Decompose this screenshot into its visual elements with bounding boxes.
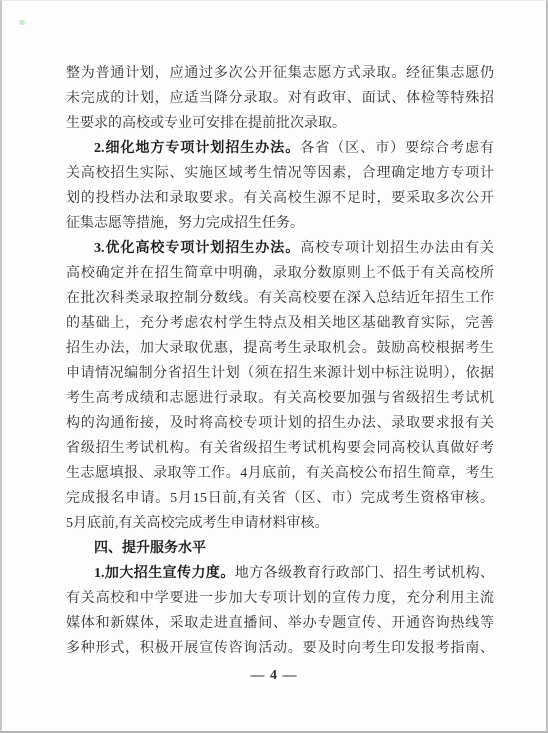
doc-line: 生志愿填报、录取等工作。4月底前，有关高校公布招生简章，考生 <box>66 461 494 486</box>
doc-line: 生要求的高校或专业可安排在提前批次录取。 <box>66 111 494 136</box>
doc-line: 划的投档办法和录取要求。有关高校生源不足时，要采取多次公开 <box>66 186 494 211</box>
doc-line: 未完成的计划，应适当降分录取。对有政审、面试、体检等特殊招 <box>66 86 494 111</box>
line-text: 有关高校和中学要进一步加大专项计划的宣传力度，充分利用主流 <box>66 591 494 606</box>
doc-line: 考生高考成绩和志愿进行录取。有关高校要加强与省级招生考试机 <box>66 386 494 411</box>
line-text: 整为普通计划，应通过多次公开征集志愿方式录取。经征集志愿仍 <box>66 66 494 81</box>
doc-line: 完成报名申请。5月15日前,有关省（区、市）完成考生资格审核。 <box>66 486 494 511</box>
section-heading-text: 四、提升服务水平 <box>94 541 206 556</box>
line-text: 地方各级教育行政部门、招生考试机构、 <box>235 566 494 581</box>
line-text: 完成报名申请。5月15日前,有关省（区、市）完成考生资格审核。 <box>66 491 494 506</box>
run-in-heading: 2.细化地方专项计划招生办法。 <box>94 141 300 156</box>
line-text: 生志愿填报、录取等工作。4月底前，有关高校公布招生简章，考生 <box>66 466 494 481</box>
doc-line: 申请情况编制分省招生计划（须在招生来源计划中标注说明），依据 <box>66 361 494 386</box>
doc-line-numbered-item-1: 1.加大招生宣传力度。地方各级教育行政部门、招生考试机构、 <box>66 561 494 586</box>
line-text: 关高校招生实际、实施区域考生情况等因素，合理确定地方专项计 <box>66 166 494 181</box>
green-dot-artifact <box>19 20 25 25</box>
line-text: 考生高考成绩和志愿进行录取。有关高校要加强与省级招生考试机 <box>66 391 494 406</box>
doc-line: 招生办法，加大录取优惠，提高考生录取机会。鼓励高校根据考生 <box>66 336 494 361</box>
line-text: 的基础上，充分考虑农村学生特点及相关地区基础教育实际，完善 <box>66 316 494 331</box>
line-text: 划的投档办法和录取要求。有关高校生源不足时，要采取多次公开 <box>66 191 494 206</box>
line-text: 各省（区、市）要综合考虑有 <box>300 141 494 156</box>
doc-line: 征集志愿等措施，努力完成招生任务。 <box>66 211 494 236</box>
line-text: 高校专项计划招生办法由有关 <box>300 241 494 256</box>
line-text: 高校确定并在招生简章中明确，录取分数原则上不低于有关高校所 <box>66 266 494 281</box>
doc-line: 5月底前,有关高校完成考生申请材料审核。 <box>66 511 494 536</box>
run-in-heading: 3.优化高校专项计划招生办法。 <box>94 241 300 256</box>
line-text: 申请情况编制分省招生计划（须在招生来源计划中标注说明），依据 <box>66 366 494 381</box>
run-in-heading: 1.加大招生宣传力度。 <box>94 566 235 581</box>
document-page: 整为普通计划，应通过多次公开征集志愿方式录取。经征集志愿仍 未完成的计划，应适当… <box>0 0 548 733</box>
page-number: — 4 — <box>2 668 546 684</box>
doc-line: 的基础上，充分考虑农村学生特点及相关地区基础教育实际，完善 <box>66 311 494 336</box>
doc-line-numbered-item-3: 3.优化高校专项计划招生办法。高校专项计划招生办法由有关 <box>66 236 494 261</box>
doc-line: 整为普通计划，应通过多次公开征集志愿方式录取。经征集志愿仍 <box>66 61 494 86</box>
line-text: 征集志愿等措施，努力完成招生任务。 <box>66 216 304 231</box>
line-text: 5月底前,有关高校完成考生申请材料审核。 <box>66 516 329 531</box>
line-text: 省级招生考试机构。有关省级招生考试机构要会同高校认真做好考 <box>66 441 494 456</box>
line-text: 生要求的高校或专业可安排在提前批次录取。 <box>66 116 346 131</box>
doc-line: 高校确定并在招生简章中明确，录取分数原则上不低于有关高校所 <box>66 261 494 286</box>
line-text: 媒体和新媒体，采取走进直播间、举办专题宣传、开通咨询热线等 <box>66 616 494 631</box>
doc-line: 构的沟通衔接，及时将高校专项计划的招生办法、录取要求报有关 <box>66 411 494 436</box>
line-text: 在批次科类录取控制分数线。有关高校要在深入总结近年招生工作 <box>66 291 494 306</box>
document-text-block: 整为普通计划，应通过多次公开征集志愿方式录取。经征集志愿仍 未完成的计划，应适当… <box>66 61 494 661</box>
doc-line: 省级招生考试机构。有关省级招生考试机构要会同高校认真做好考 <box>66 436 494 461</box>
line-text: 构的沟通衔接，及时将高校专项计划的招生办法、录取要求报有关 <box>66 416 494 431</box>
doc-line: 在批次科类录取控制分数线。有关高校要在深入总结近年招生工作 <box>66 286 494 311</box>
section-heading-4: 四、提升服务水平 <box>66 536 494 561</box>
doc-line: 媒体和新媒体，采取走进直播间、举办专题宣传、开通咨询热线等 <box>66 611 494 636</box>
doc-line: 多种形式，积极开展宣传咨询活动。要及时向考生印发报考指南、 <box>66 636 494 661</box>
doc-line: 关高校招生实际、实施区域考生情况等因素，合理确定地方专项计 <box>66 161 494 186</box>
doc-line: 有关高校和中学要进一步加大专项计划的宣传力度，充分利用主流 <box>66 586 494 611</box>
line-text: 多种形式，积极开展宣传咨询活动。要及时向考生印发报考指南、 <box>66 641 494 656</box>
doc-line-numbered-item-2: 2.细化地方专项计划招生办法。各省（区、市）要综合考虑有 <box>66 136 494 161</box>
line-text: 未完成的计划，应适当降分录取。对有政审、面试、体检等特殊招 <box>66 91 494 106</box>
line-text: 招生办法，加大录取优惠，提高考生录取机会。鼓励高校根据考生 <box>66 341 494 356</box>
